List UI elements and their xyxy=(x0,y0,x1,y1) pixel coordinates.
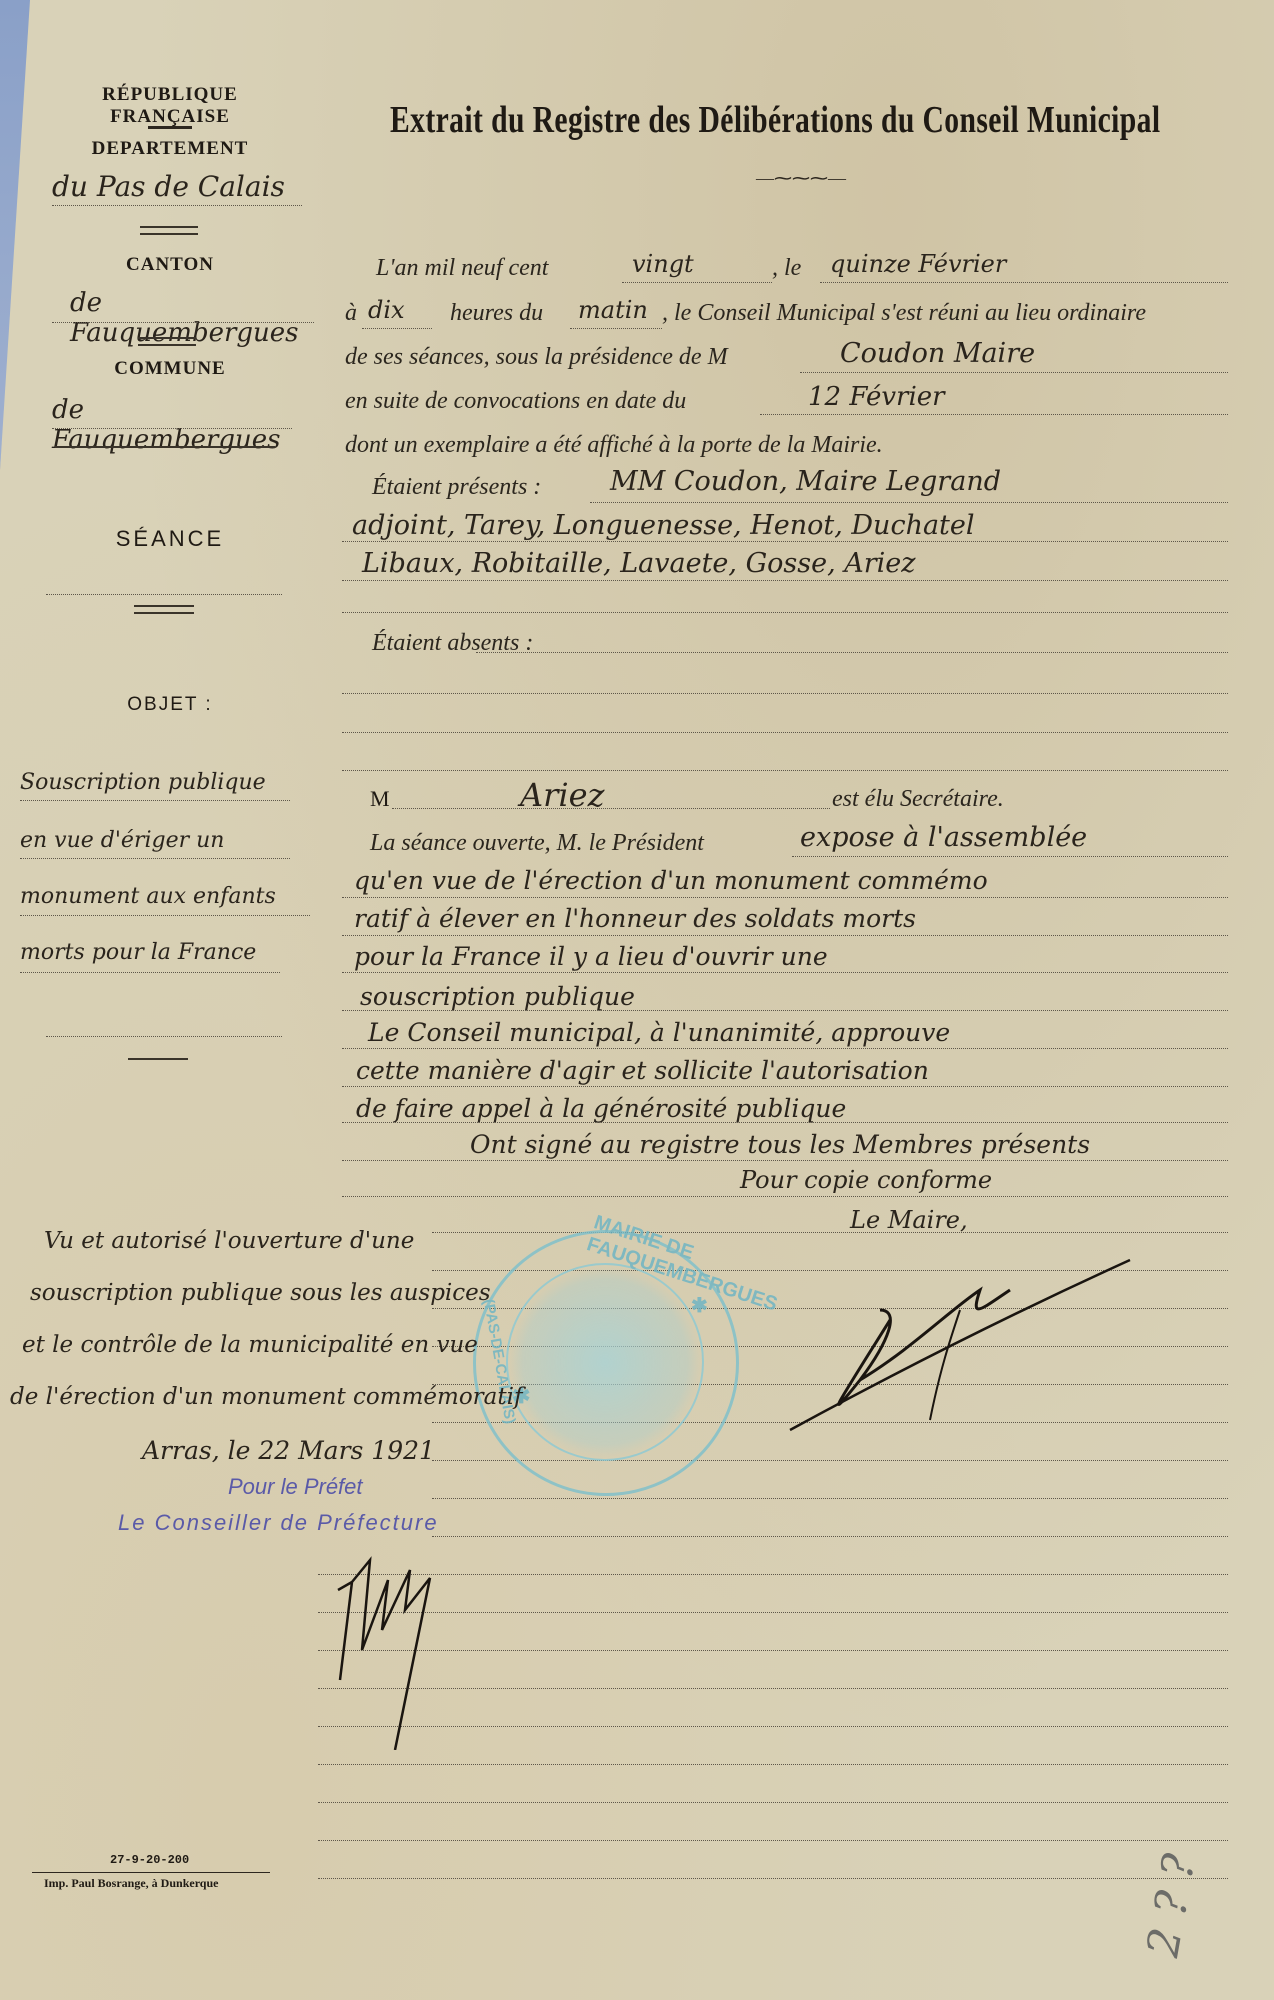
dotted-line xyxy=(318,1764,1228,1765)
dotted-line xyxy=(342,935,1228,936)
objet-line: Souscription publique xyxy=(20,770,266,795)
deliberation-line: qu'en vue de l'érection d'un monument co… xyxy=(354,866,988,895)
period-value: matin xyxy=(578,296,648,324)
dotted-line xyxy=(342,1086,1228,1087)
line-year-prefix: L'an mil neuf cent xyxy=(376,255,548,282)
prefecture-line: Vu et autorisé l'ouverture d'une xyxy=(44,1228,414,1254)
dotted-line xyxy=(342,541,1228,542)
deliberation-line: pour la France il y a lieu d'ouvrir une xyxy=(354,942,828,971)
document-title: Extrait du Registre des Délibérations du… xyxy=(390,98,1161,142)
line-heures: heures du xyxy=(450,300,543,327)
department-value: du Pas de Calais xyxy=(52,170,312,203)
dotted-line xyxy=(342,1122,1228,1123)
president-value: Coudon Maire xyxy=(840,338,1035,369)
dotted-line xyxy=(342,972,1228,973)
dotted-line xyxy=(432,1536,1228,1537)
seance-ouverte: La séance ouverte, M. le Président xyxy=(370,830,704,857)
prefecture-line: et le contrôle de la municipalité en vue xyxy=(22,1332,478,1358)
dotted-line xyxy=(46,594,282,595)
dotted-line xyxy=(20,858,290,859)
dotted-line xyxy=(590,502,1228,503)
line-convocations: en suite de convocations en date du xyxy=(345,388,686,415)
canton-label: CANTON xyxy=(60,254,280,276)
canton-value: de Fauquembergues xyxy=(70,288,330,348)
line-presidence: de ses séances, sous la présidence de M xyxy=(345,344,728,371)
objet-line: monument aux enfants xyxy=(20,884,276,909)
dotted-line xyxy=(800,372,1228,373)
dotted-line xyxy=(52,322,314,323)
dotted-line xyxy=(342,1196,1228,1197)
divider xyxy=(148,126,192,129)
title-ornament: —⁓⁓⁓— xyxy=(708,168,894,189)
republique-heading: RÉPUBLIQUE FRANÇAISE xyxy=(40,84,300,128)
line-affiche: dont un exemplaire a été affiché à la po… xyxy=(345,432,883,459)
deliberation-line: expose à l'assemblée xyxy=(800,822,1087,853)
deliberation-line: cette manière d'agir et sollicite l'auto… xyxy=(356,1056,929,1085)
dotted-line xyxy=(342,732,1228,733)
mayor-signature xyxy=(780,1250,1140,1440)
double-divider xyxy=(134,605,194,614)
seal-star-icon: ✱ xyxy=(691,1293,708,1318)
secretary-suffix: est élu Secrétaire. xyxy=(832,786,1004,813)
dotted-line xyxy=(760,414,1228,415)
presents-label: Étaient présents : xyxy=(372,474,541,501)
double-divider xyxy=(140,226,198,235)
deliberation-line: Ont signé au registre tous les Membres p… xyxy=(470,1130,1090,1159)
line-le: , le xyxy=(772,255,801,282)
deliberation-line: Le Maire, xyxy=(850,1206,968,1234)
dotted-line xyxy=(432,1232,1228,1233)
conseiller-prefecture-stamp: Le Conseiller de Préfecture xyxy=(118,1510,439,1536)
prefecture-line: de l'érection d'un monument commémoratif xyxy=(10,1384,522,1410)
dotted-line xyxy=(570,328,662,329)
department-label: DEPARTEMENT xyxy=(60,138,280,160)
divider xyxy=(55,446,275,448)
dotted-line xyxy=(52,428,292,429)
seal-emblem xyxy=(506,1263,704,1461)
prefecture-line: souscription publique sous les auspices xyxy=(30,1280,491,1306)
printer-imprint: Imp. Paul Bosrange, à Dunkerque xyxy=(44,1876,218,1891)
dotted-line xyxy=(342,693,1228,694)
archive-number: 2 ? ? xyxy=(1138,1850,1206,1960)
dotted-line xyxy=(792,856,1228,857)
dotted-line xyxy=(362,328,432,329)
dotted-line xyxy=(342,1160,1228,1161)
divider xyxy=(128,1058,188,1060)
dotted-line xyxy=(318,1574,1228,1575)
presents-line: adjoint, Tarey, Longuenesse, Henot, Duch… xyxy=(352,510,975,541)
deliberation-line: souscription publique xyxy=(360,982,635,1011)
deliberation-line: de faire appel à la générosité publique xyxy=(356,1094,846,1123)
dotted-line xyxy=(476,652,1228,653)
dotted-line xyxy=(318,1650,1228,1651)
hour-value: dix xyxy=(368,296,405,324)
secretary-prefix: M xyxy=(370,786,390,812)
commune-label: COMMUNE xyxy=(60,358,280,380)
dotted-line xyxy=(392,808,830,809)
convocation-value: 12 Février xyxy=(808,382,945,412)
date-value: quinze Février xyxy=(830,250,1006,278)
dotted-line xyxy=(342,770,1228,771)
dotted-line xyxy=(46,1036,282,1037)
objet-label: OBJET : xyxy=(60,694,280,716)
deliberation-line: Le Conseil municipal, à l'unanimité, app… xyxy=(368,1018,950,1047)
dotted-line xyxy=(318,1726,1228,1727)
dotted-line xyxy=(342,580,1228,581)
seance-label: SÉANCE xyxy=(60,526,280,552)
objet-line: morts pour la France xyxy=(20,940,256,965)
deliberation-line: Pour copie conforme xyxy=(740,1166,992,1194)
year-value: vingt xyxy=(632,250,694,278)
mairie-seal: MAIRIE DE FAUQUEMBERGUES (PAS-DE-CALAIS)… xyxy=(473,1230,739,1496)
dotted-line xyxy=(342,1048,1228,1049)
pour-le-prefet-stamp: Pour le Préfet xyxy=(228,1474,363,1500)
dotted-line xyxy=(820,282,1228,283)
presents-line: Libaux, Robitaille, Lavaete, Gosse, Arie… xyxy=(362,548,916,579)
dotted-line xyxy=(318,1840,1228,1841)
dotted-line xyxy=(342,612,1228,613)
line-a: à xyxy=(345,300,357,327)
dotted-line xyxy=(20,972,280,973)
prefect-signature xyxy=(330,1550,450,1750)
presents-line: MM Coudon, Maire Legrand xyxy=(610,466,1001,497)
dotted-line xyxy=(20,915,310,916)
form-code: 27-9-20-200 xyxy=(110,1853,189,1867)
divider xyxy=(32,1872,270,1873)
dotted-line xyxy=(318,1802,1228,1803)
document-page: RÉPUBLIQUE FRANÇAISE DEPARTEMENT du Pas … xyxy=(0,0,1274,2000)
dotted-line xyxy=(342,1010,1228,1011)
double-divider xyxy=(138,337,196,346)
dotted-line xyxy=(318,1612,1228,1613)
prefecture-date: Arras, le 22 Mars 1921 xyxy=(142,1436,435,1465)
deliberation-line: ratif à élever en l'honneur des soldats … xyxy=(354,904,916,933)
dotted-line xyxy=(318,1688,1228,1689)
dotted-line xyxy=(318,1878,1228,1879)
dotted-line xyxy=(52,205,302,206)
dotted-line xyxy=(342,897,1228,898)
line-conseil-reuni: , le Conseil Municipal s'est réuni au li… xyxy=(662,300,1146,327)
dotted-line xyxy=(20,800,290,801)
dotted-line xyxy=(432,1498,1228,1499)
dotted-line xyxy=(622,282,772,283)
objet-line: en vue d'ériger un xyxy=(20,828,224,853)
